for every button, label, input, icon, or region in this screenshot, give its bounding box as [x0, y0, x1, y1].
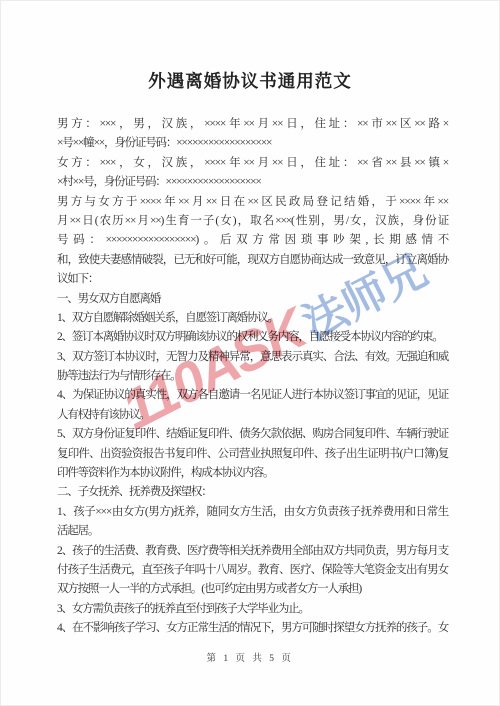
body-line: 3、双方签订本协议时，无智力及精神异常，意思表示真实、合法、有效。无强迫和威	[57, 348, 448, 367]
body-line: ×村××号，身份证号码：××××××××××××××××××	[57, 173, 448, 192]
body-line: 一、男女双方自愿离婚	[57, 290, 448, 309]
body-line: 女方：×××，女，汉族，××××年××月××日，住址：××省××县××镇×	[57, 154, 448, 173]
body-line: 议如下：	[57, 270, 448, 289]
document-body: 男方：×××，男，汉族，××××年××月××日，住址：××市××区××路× ×号…	[57, 115, 448, 639]
body-line: 4、在不影响孩子学习、女方正常生活的情况下，男方可随时探望女方抚养的孩子。女	[57, 619, 448, 638]
page-number-footer: 第 1 页 共 5 页	[1, 651, 499, 667]
body-line: 4、为保证协议的真实性，双方各自邀请一名见证人进行本协议签订事宜的见证，见证	[57, 386, 448, 405]
body-line: 男方与女方于××××年××月××日在××区民政局登记结婚，于××××年××	[57, 193, 448, 212]
body-line: 1、双方自愿解除婚姻关系，自愿签订离婚协议。	[57, 309, 448, 328]
body-line: 5、双方身份证复印件、结婚证复印件、债务欠款依据、购房合同复印件、车辆行驶证	[57, 425, 448, 444]
body-line: 人有权持有该协议。	[57, 406, 448, 425]
document-title: 外遇离婚协议书通用范文	[1, 67, 499, 95]
body-line: 印件等资料作为本协议附件，构成本协议内容。	[57, 464, 448, 483]
body-line: 号码：×××××××××××××××××)。后双方常因琐事吵架,长期感情不	[57, 231, 448, 250]
body-line: ×号××幢××，身份证号码：××××××××××××××××××	[57, 134, 448, 153]
body-line: 3、女方需负责孩子的抚养直至付到孩子大学毕业为止。	[57, 600, 448, 619]
body-line: 二、子女抚养、抚养费及探望权：	[57, 483, 448, 502]
body-line: 男方：×××，男，汉族，××××年××月××日，住址：××市××区××路×	[57, 115, 448, 134]
body-line: 和，致使夫妻感情破裂，已无和好可能，现双方自愿协商达成一致意见，订立离婚协	[57, 251, 448, 270]
body-line: 2、孩子的生活费、教育费、医疗费等相关抚养费用全部由双方共同负责，男方每月支	[57, 542, 448, 561]
body-line: 活起居。	[57, 522, 448, 541]
body-line: 1、孩子×××由女方(男方)抚养，随同女方生活，由女方负责孩子抚养费用和日常生	[57, 503, 448, 522]
body-line: 2、签订本离婚协议时双方明确该协议的权利义务内容，自愿接受本协议内容的约束。	[57, 328, 448, 347]
body-line: 付孩子生活费元，直至孩子年吗十八周岁。教育、医疗、保险等大笔资金支出有男女	[57, 561, 448, 580]
body-line: 复印件、出资验资报告书复印件、公司营业执照复印件、孩子出生证明书(户口簿)复	[57, 445, 448, 464]
body-line: 胁等违法行为与情形存在。	[57, 367, 448, 386]
body-line: 双方按照一人一半的方式承担。(也可约定由男方或者女方一人承担)	[57, 580, 448, 599]
body-line: 月××日(农历××月××)生育一子(女)，取名×××(性别，男/女，汉族，身份证	[57, 212, 448, 231]
document-page: 外遇离婚协议书通用范文 110ASK法师兄 男方：×××，男，汉族，××××年×…	[0, 0, 500, 706]
